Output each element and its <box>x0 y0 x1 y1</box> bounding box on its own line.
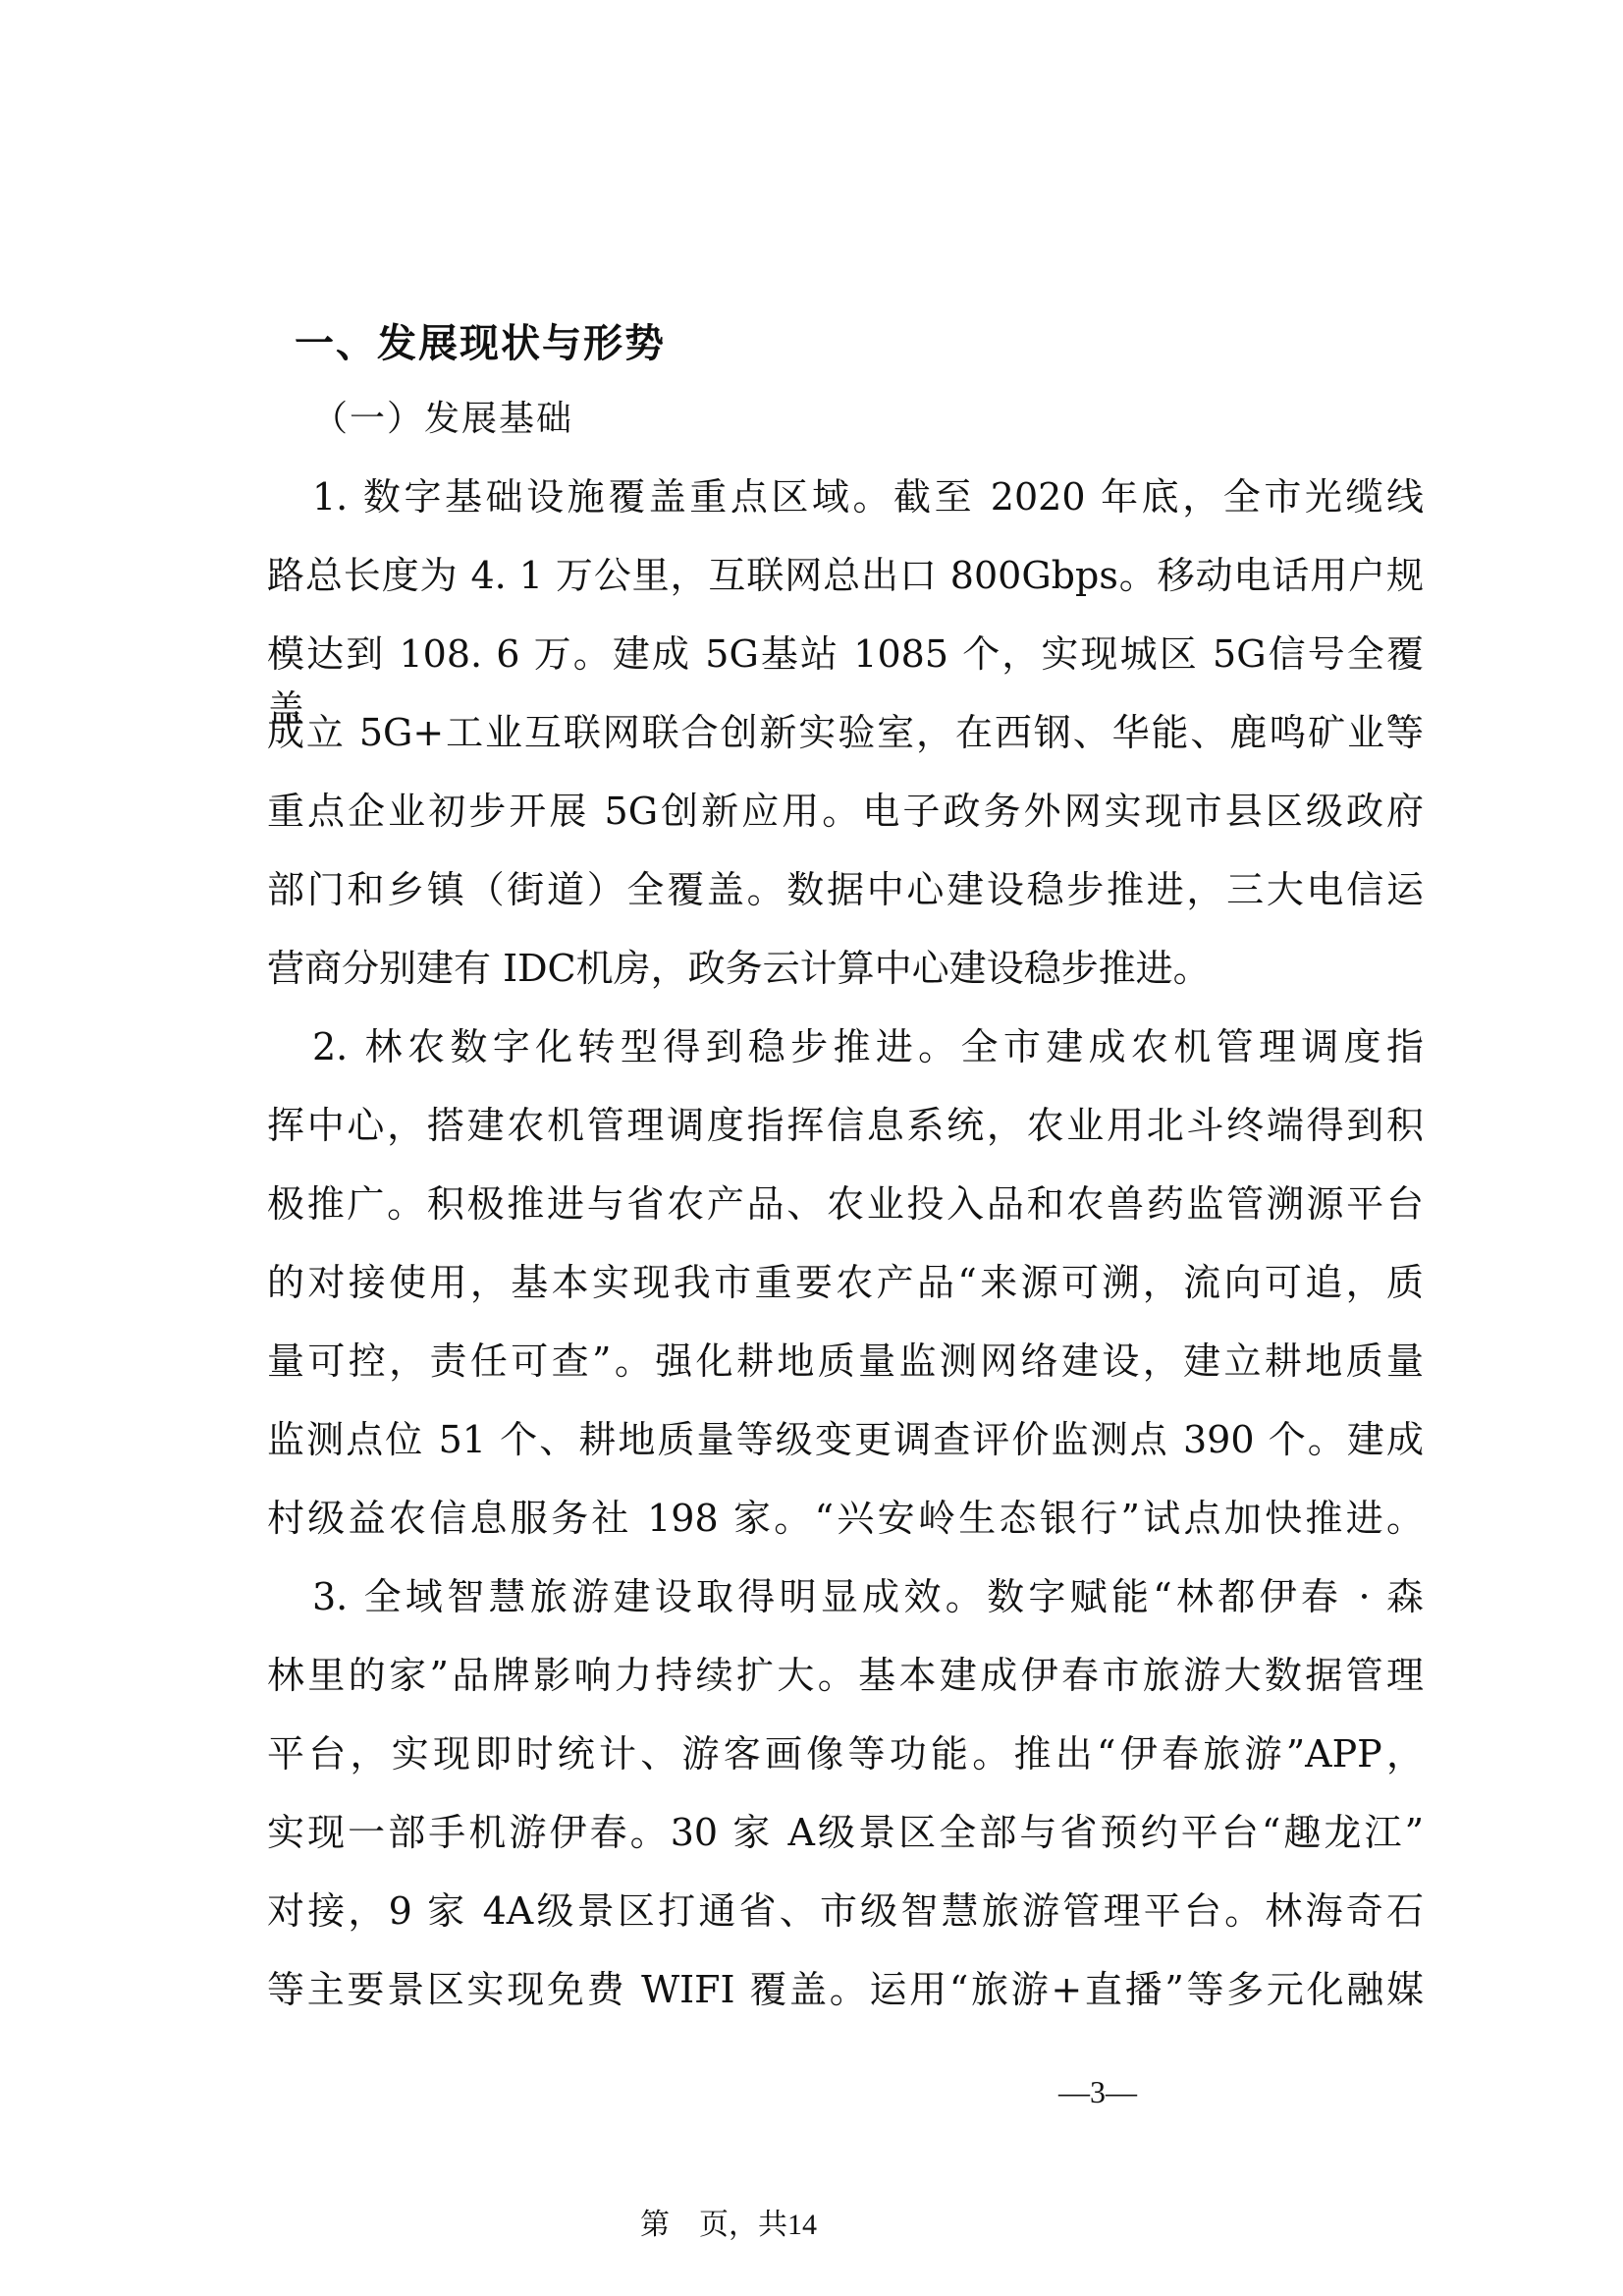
text-line: 3. 全域智慧旅游建设取得明显成效。数字赋能“林都伊春 · 森 <box>267 1569 1424 1648</box>
line-text: 极推广。积极推进与省农产品、农业投入品和农兽药监管溯源平台 <box>267 1176 1424 1255</box>
text-line: 村级益农信息服务社 198 家。“兴安岭生态银行”试点加快推进。 <box>267 1491 1424 1569</box>
text-line: 营商分别建有 IDC机房，政务云计算中心建设稳步推进。 <box>267 941 1424 1019</box>
text-line: 对接，9 家 4A级景区打通省、市级智慧旅游管理平台。林海奇石 <box>267 1884 1424 1962</box>
paragraph-3: 3. 全域智慧旅游建设取得明显成效。数字赋能“林都伊春 · 森 林里的家”品牌影… <box>267 1569 1424 2041</box>
text-line: 2. 林农数字化转型得到稳步推进。全市建成农机管理调度指 <box>267 1019 1424 1098</box>
document-body: 1. 数字基础设施覆盖重点区域。截至 2020 年底，全市光缆线 路总长度为 4… <box>267 469 1424 2041</box>
text-line: 1. 数字基础设施覆盖重点区域。截至 2020 年底，全市光缆线 <box>267 469 1424 548</box>
line-text: 2. 林农数字化转型得到稳步推进。全市建成农机管理调度指 <box>312 1019 1424 1098</box>
line-text: 实现一部手机游伊春。30 家 A级景区全部与省预约平台“趣龙江” <box>267 1805 1424 1884</box>
line-text: 量可控，责任可查”。强化耕地质量监测网络建设，建立耕地质量 <box>267 1334 1424 1412</box>
text-line: 部门和乡镇（街道）全覆盖。数据中心建设稳步推进，三大电信运 <box>267 862 1424 941</box>
text-line: 模达到 108. 6 万。建成 5G基站 1085 个，实现城区 5G信号全覆盖… <box>267 627 1424 705</box>
text-line: 等主要景区实现免费 WIFI 覆盖。运用“旅游+直播”等多元化融媒 <box>267 1962 1424 2041</box>
line-text: 等主要景区实现免费 WIFI 覆盖。运用“旅游+直播”等多元化融媒 <box>267 1962 1424 2041</box>
line-text: 部门和乡镇（街道）全覆盖。数据中心建设稳步推进，三大电信运 <box>267 862 1424 941</box>
text-line: 监测点位 51 个、耕地质量等级变更调查评价监测点 390 个。建成 <box>267 1412 1424 1491</box>
text-line: 路总长度为 4. 1 万公里，互联网总出口 800Gbps。移动电话用户规 <box>267 548 1424 627</box>
line-text: 重点企业初步开展 5G创新应用。电子政务外网实现市县区级政府 <box>267 784 1424 862</box>
text-line: 挥中心，搭建农机管理调度指挥信息系统，农业用北斗终端得到积 <box>267 1098 1424 1176</box>
text-line: 极推广。积极推进与省农产品、农业投入品和农兽药监管溯源平台 <box>267 1176 1424 1255</box>
line-text: 挥中心，搭建农机管理调度指挥信息系统，农业用北斗终端得到积 <box>267 1098 1424 1176</box>
line-text: 监测点位 51 个、耕地质量等级变更调查评价监测点 390 个。建成 <box>267 1412 1424 1491</box>
line-text: 路总长度为 4. 1 万公里，互联网总出口 800Gbps。移动电话用户规 <box>267 548 1424 627</box>
text-line: 重点企业初步开展 5G创新应用。电子政务外网实现市县区级政府 <box>267 784 1424 862</box>
line-text: 成立 5G+工业互联网联合创新实验室，在西钢、华能、鹿鸣矿业等 <box>267 705 1424 784</box>
text-line: 成立 5G+工业互联网联合创新实验室，在西钢、华能、鹿鸣矿业等 <box>267 705 1424 784</box>
line-text: 的对接使用，基本实现我市重要农产品“来源可溯，流向可追，质 <box>267 1255 1424 1334</box>
line-text: 1. 数字基础设施覆盖重点区域。截至 2020 年底，全市光缆线 <box>312 469 1424 548</box>
line-text: 村级益农信息服务社 198 家。“兴安岭生态银行”试点加快推进。 <box>267 1491 1424 1569</box>
line-text: 模达到 108. 6 万。建成 5G基站 1085 个，实现城区 5G信号全覆盖… <box>267 627 1424 705</box>
page-footer: 第 页，共14 <box>640 2200 817 2243</box>
text-line: 林里的家”品牌影响力持续扩大。基本建成伊春市旅游大数据管理 <box>267 1648 1424 1726</box>
subsection-heading: （一）发展基础 <box>312 391 573 441</box>
line-text: 林里的家”品牌影响力持续扩大。基本建成伊春市旅游大数据管理 <box>267 1648 1424 1726</box>
paragraph-2: 2. 林农数字化转型得到稳步推进。全市建成农机管理调度指 挥中心，搭建农机管理调… <box>267 1019 1424 1569</box>
line-text: 平台，实现即时统计、游客画像等功能。推出“伊春旅游”APP， <box>267 1726 1424 1805</box>
text-line: 量可控，责任可查”。强化耕地质量监测网络建设，建立耕地质量 <box>267 1334 1424 1412</box>
line-text: 对接，9 家 4A级景区打通省、市级智慧旅游管理平台。林海奇石 <box>267 1884 1424 1962</box>
text-line: 平台，实现即时统计、游客画像等功能。推出“伊春旅游”APP， <box>267 1726 1424 1805</box>
line-text: 3. 全域智慧旅游建设取得明显成效。数字赋能“林都伊春 · 森 <box>312 1569 1424 1648</box>
section-heading: 一、发展现状与形势 <box>295 312 666 368</box>
page-number: —3— <box>1058 2074 1137 2110</box>
paragraph-1: 1. 数字基础设施覆盖重点区域。截至 2020 年底，全市光缆线 路总长度为 4… <box>267 469 1424 1019</box>
text-line: 的对接使用，基本实现我市重要农产品“来源可溯，流向可追，质 <box>267 1255 1424 1334</box>
text-line: 实现一部手机游伊春。30 家 A级景区全部与省预约平台“趣龙江” <box>267 1805 1424 1884</box>
line-text: 营商分别建有 IDC机房，政务云计算中心建设稳步推进。 <box>267 941 1424 1019</box>
